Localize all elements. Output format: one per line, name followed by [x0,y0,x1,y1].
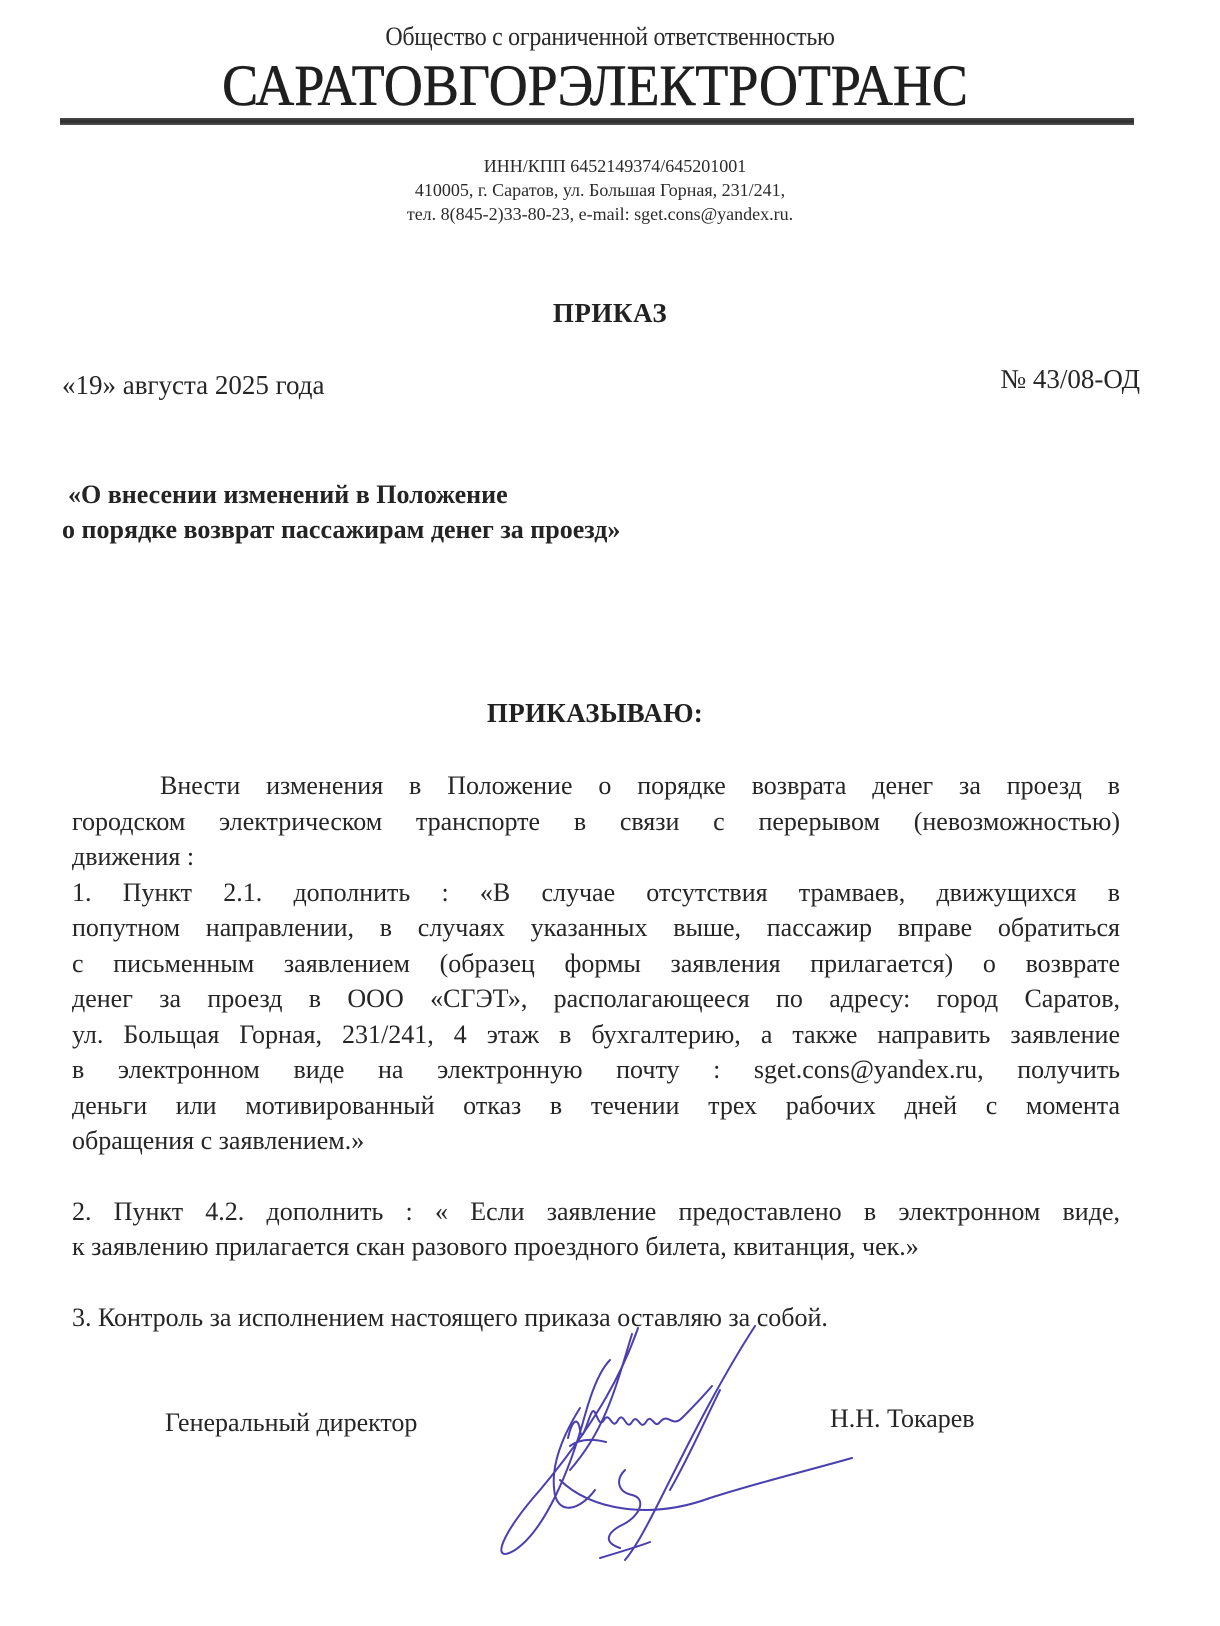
item-1-line: денег за проезд в ООО «СГЭТ», располагаю… [72,981,1120,1017]
org-contacts: тел. 8(845-2)33-80-23, e-mail: sget.cons… [340,202,860,226]
item-1-line: обращения с заявлением.» [72,1123,1120,1159]
item-1-line: с письменным заявлением (образец формы з… [72,946,1120,982]
intro-line: городском электрическом транспорте в свя… [72,804,1120,840]
intro-line: движения : [72,839,1120,875]
document-type: ПРИКАЗ [0,298,1220,329]
paragraph-gap [72,1265,1120,1300]
item-1-line: деньги или мотивированный отказ в течени… [72,1088,1120,1124]
intro-paragraph: Внести изменения в Положение о порядке в… [72,768,1120,875]
document-subject: «О внесении изменений в Положение о поря… [62,477,620,547]
letterhead-divider [60,118,1134,125]
subject-line-2: о порядке возврат пассажирам денег за пр… [62,512,620,547]
org-address: 410005, г. Саратов, ул. Большая Горная, … [340,178,860,202]
document-body: Внести изменения в Положение о порядке в… [72,768,1120,1335]
item-2: 2. Пункт 4.2. дополнить : « Если заявлен… [72,1194,1120,1265]
item-2-line: к заявлению прилагается скан разового пр… [72,1229,1120,1265]
item-1-line: 1. Пункт 2.1. дополнить : «В случае отсу… [72,875,1120,911]
subject-line-1: «О внесении изменений в Положение [62,477,620,512]
document-number: № 43/08-ОД [1000,364,1140,395]
org-name: САРАТОВГОРЭЛЕКТРОТРАНС [42,52,1149,119]
org-requisites: ИНН/КПП 6452149374/645201001 410005, г. … [340,154,860,226]
item-1-line: попутном направлении, в случаях указанны… [72,910,1120,946]
org-legal-form: Общество с ограниченной ответственностью [49,22,1171,52]
item-1: 1. Пункт 2.1. дополнить : «В случае отсу… [72,875,1120,1159]
item-1-line: в электронном виде на электронную почту … [72,1052,1120,1088]
intro-line: Внести изменения в Положение о порядке в… [72,768,1120,804]
inn-kpp: ИНН/КПП 6452149374/645201001 [340,154,860,178]
document-date: «19» августа 2025 года [62,370,325,401]
signatory-role: Генеральный директор [165,1408,417,1438]
handwritten-signature-icon [420,1320,880,1580]
item-2-line: 2. Пункт 4.2. дополнить : « Если заявлен… [72,1194,1120,1230]
order-heading: ПРИКАЗЫВАЮ: [0,698,1190,729]
item-1-line: ул. Больщая Горная, 231/241, 4 этаж в бу… [72,1017,1120,1053]
paragraph-gap [72,1159,1120,1194]
